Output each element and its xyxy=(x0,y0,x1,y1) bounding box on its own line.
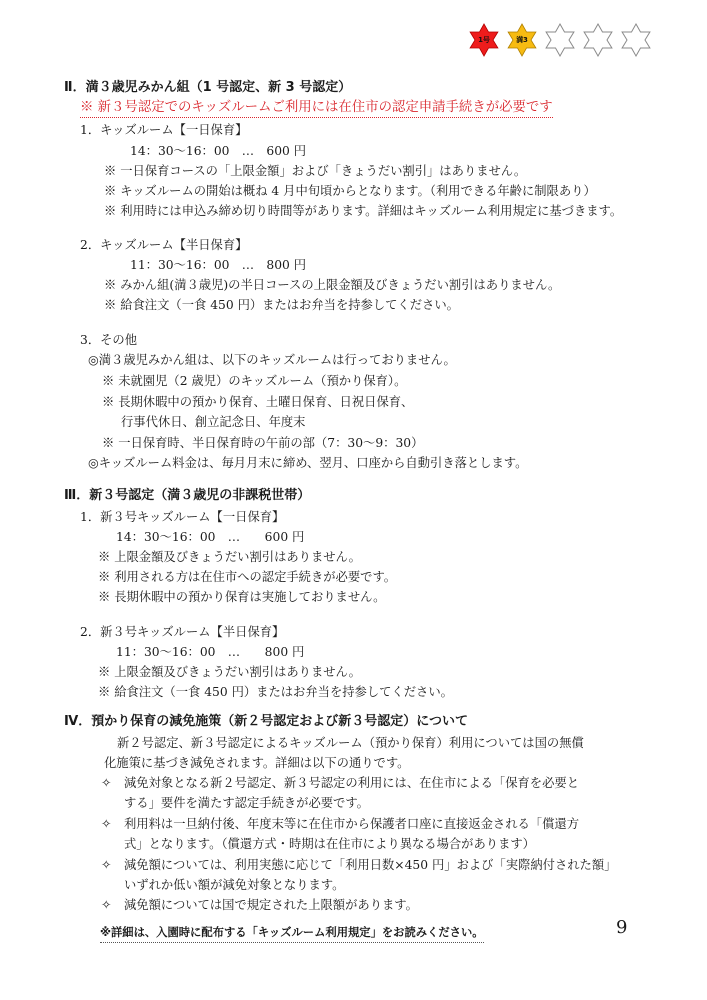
section-3-title: Ⅲ．新３号認定（満３歳児の非課税世帯） xyxy=(64,488,310,504)
section-2-item-2-heading: 2．キッズルーム【半日保育】 xyxy=(80,237,247,253)
section-2-item-2-note: ※ 給食注文（一食 450 円）またはお弁当を持参してください。 xyxy=(104,297,459,313)
section-3-item-1-heading: 1．新３号キッズルーム【一日保育】 xyxy=(80,509,284,525)
section-2-item-3-line: ◎キッズルーム料金は、毎月月末に締め、翌月、口座から自動引き落とします。 xyxy=(88,455,527,471)
star-badge-3 xyxy=(542,22,578,58)
diamond-bullet-icon: ✧ xyxy=(101,857,111,873)
footer-note: ※詳細は、入園時に配布する「キッズルーム利用規定」をお読みください。 xyxy=(100,925,484,943)
section-2-item-1-note: ※ 一日保育コースの「上限金額」および「きょうだい割引」はありません。 xyxy=(104,163,526,179)
section-2-item-3-heading: 3．その他 xyxy=(80,332,137,348)
section-3-item-2-heading: 2．新３号キッズルーム【半日保育】 xyxy=(80,624,284,640)
section-4-bullet-cont: 式」となります。（償還方式・時期は在住市により異なる場合があります） xyxy=(124,836,535,852)
section-4-bullet: 減免額については、利用実態に応じて「利用日数×450 円」および「実際納付された… xyxy=(124,857,616,873)
star-badge-5 xyxy=(618,22,654,58)
hexagram-star-outline-icon xyxy=(580,22,616,58)
section-3-item-1-note: ※ 利用される方は在住市への認定手続きが必要です。 xyxy=(98,569,396,585)
section-3-item-2-note: ※ 給食注文（一食 450 円）またはお弁当を持参してください。 xyxy=(98,684,453,700)
section-4-bullet-cont: する」要件を満たす認定手続きが必要です。 xyxy=(124,795,369,811)
page-number: 9 xyxy=(616,917,627,938)
star-badge-1: 1号 xyxy=(466,22,502,58)
section-4-bullet: 利用料は一旦納付後、年度末等に在住市から保護者口座に直接返金される「償還方 xyxy=(124,816,579,832)
section-2-item-3-line: ※ 一日保育時、半日保育時の午前の部（7：30～9：30） xyxy=(102,435,423,451)
section-2-item-1-note: ※ 利用時には申込み締め切り時間等があります。詳細はキッズルーム利用規定に基づき… xyxy=(104,203,622,219)
section-4-bullet: 減免対象となる新２号認定、新３号認定の利用には、在住市による「保育を必要と xyxy=(124,775,579,791)
section-2-item-2-time: 11：30～16：00 … 800 円 xyxy=(130,257,306,273)
badge-label: 満3 xyxy=(504,22,540,58)
section-2-item-2-note: ※ みかん組(満３歳児)の半日コースの上限金額及びきょうだい割引はありません。 xyxy=(104,277,560,293)
hexagram-star-outline-icon xyxy=(542,22,578,58)
section-3-item-2-note: ※ 上限金額及びきょうだい割引はありません。 xyxy=(98,664,361,680)
section-4-bullet-cont: いずれか低い額が減免対象となります。 xyxy=(124,877,344,893)
section-2-item-1-time: 14：30～16：00 … 600 円 xyxy=(130,143,306,159)
diamond-bullet-icon: ✧ xyxy=(101,897,111,913)
hexagram-star-outline-icon xyxy=(618,22,654,58)
diamond-bullet-icon: ✧ xyxy=(101,816,111,832)
section-3-item-1-note: ※ 長期休暇中の預かり保育は実施しておりません。 xyxy=(98,589,385,605)
certification-badges: 1号 満3 xyxy=(466,22,654,58)
section-4-intro: 化施策に基づき減免されます。詳細は以下の通りです。 xyxy=(104,755,409,771)
section-2-item-1-note: ※ キッズルームの開始は概ね 4 月中旬頃からとなります。（利用できる年齢に制限… xyxy=(104,183,596,199)
section-3-item-2-time: 11：30～16：00 … 800 円 xyxy=(116,644,304,660)
star-badge-2: 満3 xyxy=(504,22,540,58)
section-2-item-3-line: ◎満３歳児みかん組は、以下のキッズルームは行っておりません。 xyxy=(88,352,456,368)
diamond-bullet-icon: ✧ xyxy=(101,775,111,791)
section-3-item-1-time: 14：30～16：00 … 600 円 xyxy=(116,529,304,545)
section-4-bullet: 減免額については国で規定された上限額があります。 xyxy=(124,897,418,913)
section-2-item-3-line: 行事代休日、創立記念日、年度末 xyxy=(121,414,305,430)
section-2-notice: ※ 新３号認定でのキッズルームご利用には在住市の認定申請手続きが必要です xyxy=(80,100,553,118)
section-3-item-1-note: ※ 上限金額及びきょうだい割引はありません。 xyxy=(98,549,361,565)
section-2-item-1-heading: 1．キッズルーム【一日保育】 xyxy=(80,122,247,138)
section-2-item-3-line: ※ 未就園児（2 歳児）のキッズルーム（預かり保育）。 xyxy=(102,373,406,389)
star-badge-4 xyxy=(580,22,616,58)
section-2-title: Ⅱ．満３歳児みかん組（1 号認定、新 3 号認定） xyxy=(64,80,351,96)
section-4-title: Ⅳ．預かり保育の減免施策（新２号認定および新３号認定）について xyxy=(64,714,468,730)
section-4-intro: 新２号認定、新３号認定によるキッズルーム（預かり保育）利用については国の無償 xyxy=(117,735,584,751)
section-2-item-3-line: ※ 長期休暇中の預かり保育、土曜日保育、日祝日保育、 xyxy=(102,394,413,410)
badge-label: 1号 xyxy=(466,22,502,58)
